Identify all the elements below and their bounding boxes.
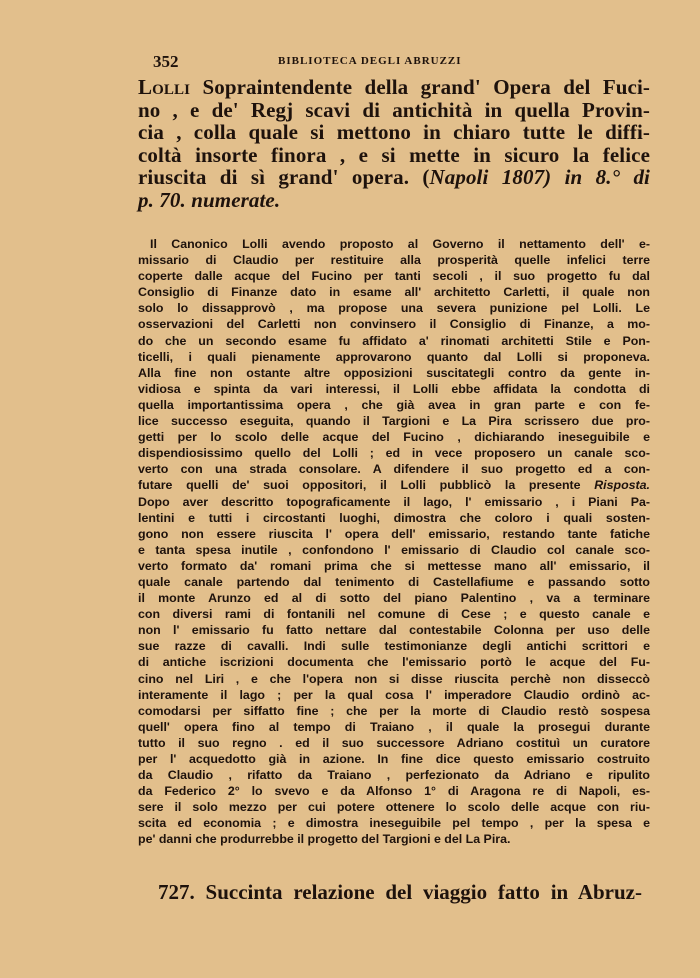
heading-line: Lolli Sopraintendente della grand' Opera… [138,76,650,99]
risposta-title: Risposta. [594,478,650,492]
body-line: futare quelli de' suoi oppositori, il Lo… [138,477,650,493]
body-line: tutto il suo regno . ed il suo successor… [138,735,650,751]
body-line: vidiosa e spinta da vari interessi, il L… [138,381,650,397]
body-line: coperte dalle acque del Fucino per tanti… [138,268,650,284]
format: ) in 8.° di [544,165,650,189]
body-line: Alla fine non ostante altre opposizioni … [138,365,650,381]
body-line: getti per lo scolo delle acque del Fucin… [138,429,650,445]
author-name: Lolli [138,75,190,99]
body-line: pe' danni che produrrebbe il progetto de… [138,831,650,847]
body-line: non l' emissario fu fatto nettare dal co… [138,622,650,638]
body-line: osservazioni del Carletti non convinsero… [138,316,650,332]
body-line: quella importantissima opera , che già a… [138,397,650,413]
body-line: Dopo aver descritto topograficamente il … [138,494,650,510]
body-line: da Claudio , rifatto da Traiano , perfez… [138,767,650,783]
body-line: dispendiosissimo quello del Lolli ; ed i… [138,445,650,461]
body-line: scita ed economia ; e dimostra ineseguib… [138,815,650,831]
body-line: di antiche iscrizioni documenta che l'em… [138,654,650,670]
heading-line: riuscita di sì grand' opera. (Napoli 180… [138,166,650,189]
body-line: cino nel Liri , e che l'opera non si dis… [138,671,650,687]
body-line: verto formato da' romani prima che si me… [138,558,650,574]
next-entry-heading: 727. Succinta relazione del viaggio fatt… [158,880,642,904]
body-line: lice successo eseguita, quando il Targio… [138,413,650,429]
body-line: Consiglio di Finanze dato in esame all' … [138,284,650,300]
body-line: Il Canonico Lolli avendo proposto al Gov… [138,236,650,252]
body-line: lentini e tutti i circostanti luoghi, di… [138,510,650,526]
body-line: quell' opera fino al tempo di Traiano , … [138,719,650,735]
body-line: per l' acquedotto già in azione. In fine… [138,751,650,767]
running-head: 352 BIBLIOTECA DEGLI ABRUZZI [138,52,650,72]
body-line: sere il solo mezzo per cui potere ottene… [138,799,650,815]
page-number: 352 [153,52,179,72]
body-line: verto con una strada consolare. A difend… [138,461,650,477]
body-line: missario di Claudio per restituire alla … [138,252,650,268]
imprint: Napoli 1807 [429,165,544,189]
body-line: solo lo dissapprovò , ma propose una sev… [138,300,650,316]
body-line: e tanta spesa inutile , confondono l' em… [138,542,650,558]
body-line: ticelli, i quali pienamente approvarono … [138,349,650,365]
heading-line: cia , colla quale si mettono in chiaro t… [138,121,650,144]
entry-heading: Lolli Sopraintendente della grand' Opera… [138,76,650,212]
body-line: con diversi rami di fontanili nel comune… [138,606,650,622]
body-line: sue razze di cavalli. Indi sulle testimo… [138,638,650,654]
body-line: da Federico 2° lo svevo e da Alfonso 1° … [138,783,650,799]
body-line: gono non essere riuscita l' opera dell' … [138,526,650,542]
body-line: il monte Arunzo ed al di sotto del piano… [138,590,650,606]
body-line: do che un secondo esame fu affidato a' r… [138,333,650,349]
heading-line: no , e de' Regj scavi di antichità in qu… [138,99,650,122]
body-line: interamente il lago ; per la qual cosa l… [138,687,650,703]
annotation-paragraph: Il Canonico Lolli avendo proposto al Gov… [138,236,650,848]
heading-line: coltà insorte finora , e si mette in sic… [138,144,650,167]
body-line: comodarsi per siffatto fine ; che per la… [138,703,650,719]
running-title: BIBLIOTECA DEGLI ABRUZZI [278,55,462,67]
page-count: p. 70. numerate. [138,189,650,212]
body-line: quale canale partendo dal tenimento di C… [138,574,650,590]
